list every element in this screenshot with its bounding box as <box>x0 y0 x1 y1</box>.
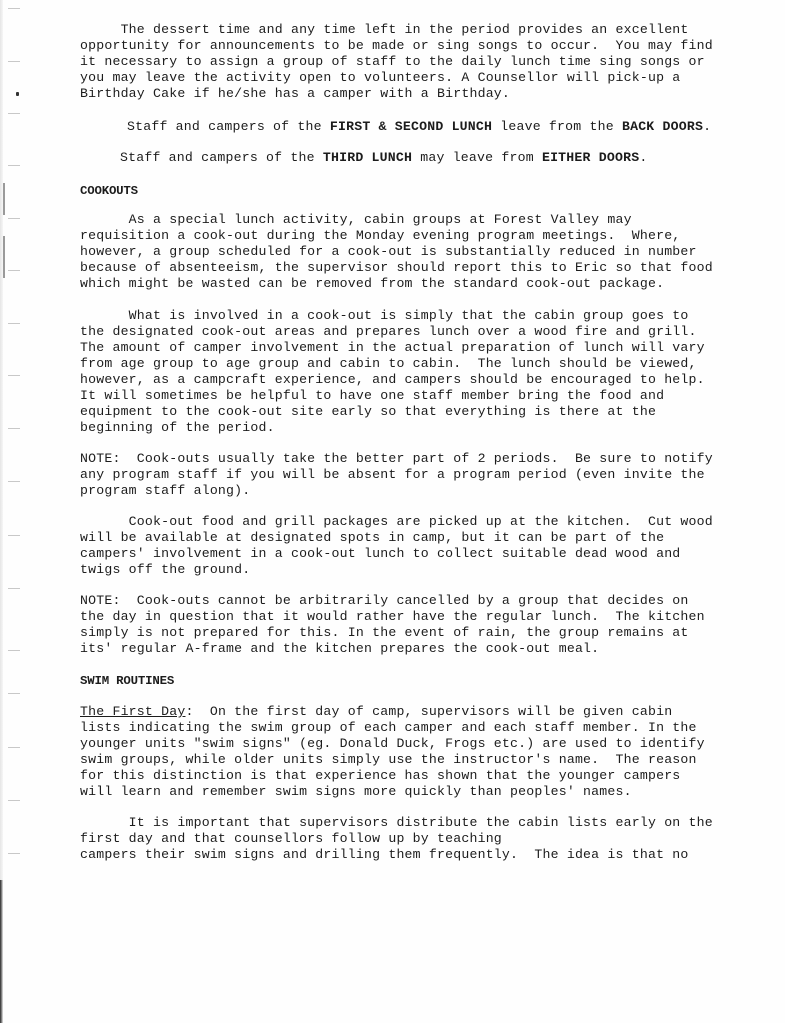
text-line: program staff along). <box>80 483 250 499</box>
scan-speck <box>16 92 19 96</box>
text-line: which might be wasted can be removed fro… <box>80 276 664 292</box>
text-span: : On the first day of camp, supervisors … <box>185 704 672 719</box>
text-line: lists indicating the swim group of each … <box>80 720 697 736</box>
page-left-edge-shadow <box>0 880 3 1023</box>
text-line: opportunity for announcements to be made… <box>80 38 713 54</box>
text-line: twigs off the ground. <box>80 562 250 578</box>
margin-tick <box>8 481 20 482</box>
exit-third-lunch: Staff and campers of the THIRD LUNCH may… <box>120 150 647 166</box>
text-line: its' regular A-frame and the kitchen pre… <box>80 641 599 657</box>
binder-mark <box>3 183 5 215</box>
text-span: may leave from <box>412 150 542 165</box>
margin-tick <box>8 270 20 271</box>
margin-tick <box>8 693 20 694</box>
text-line: however, as a campcraft experience, and … <box>80 372 705 388</box>
text-line: The amount of camper involvement in the … <box>80 340 705 356</box>
text-line: any program staff if you will be absent … <box>80 467 705 483</box>
margin-tick <box>8 650 20 651</box>
margin-tick <box>8 323 20 324</box>
text-line: swim groups, while older units simply us… <box>80 752 697 768</box>
text-span: . <box>703 119 711 134</box>
text-line: for this distinction is that experience … <box>80 768 680 784</box>
heading-swim-routines: SWIM ROUTINES <box>80 673 174 689</box>
door-emphasis: EITHER DOORS <box>542 150 639 165</box>
text-line: What is involved in a cook-out is simply… <box>80 308 689 324</box>
text-line: NOTE: Cook-outs cannot be arbitrarily ca… <box>80 593 689 609</box>
text-line: The dessert time and any time left in th… <box>80 22 689 38</box>
first-day-label: The First Day <box>80 704 185 719</box>
margin-tick <box>8 747 20 748</box>
margin-tick <box>8 853 20 854</box>
page-left-edge <box>0 0 3 1023</box>
margin-tick <box>8 8 20 9</box>
text-span: Staff and campers of the <box>120 150 323 165</box>
text-line: beginning of the period. <box>80 420 275 436</box>
text-line: the designated cook-out areas and prepar… <box>80 324 697 340</box>
margin-tick <box>8 800 20 801</box>
door-emphasis: BACK DOORS <box>622 119 703 134</box>
text-line: Cook-out food and grill packages are pic… <box>80 514 713 530</box>
text-line: however, a group scheduled for a cook-ou… <box>80 244 697 260</box>
text-line: campers their swim signs and drilling th… <box>80 847 689 863</box>
text-span: . <box>639 150 647 165</box>
text-line: from age group to age group and cabin to… <box>80 356 697 372</box>
text-line: requisition a cook-out during the Monday… <box>80 228 680 244</box>
heading-cookouts: COOKOUTS <box>80 183 138 199</box>
margin-tick <box>8 428 20 429</box>
text-line: younger units "swim signs" (eg. Donald D… <box>80 736 705 752</box>
text-line: will learn and remember swim signs more … <box>80 784 632 800</box>
text-line: It is important that supervisors distrib… <box>80 815 713 831</box>
text-line: first day and that counsellors follow up… <box>80 831 502 847</box>
text-line: campers' involvement in a cook-out lunch… <box>80 546 680 562</box>
binder-mark <box>3 236 5 278</box>
margin-tick <box>8 218 20 219</box>
margin-tick <box>8 535 20 536</box>
scanned-page: The dessert time and any time left in th… <box>0 0 785 1023</box>
exit-first-second-lunch: Staff and campers of the FIRST & SECOND … <box>127 119 711 135</box>
text-line: As a special lunch activity, cabin group… <box>80 212 632 228</box>
text-line: It will sometimes be helpful to have one… <box>80 388 664 404</box>
text-line: NOTE: Cook-outs usually take the better … <box>80 451 713 467</box>
margin-tick <box>8 588 20 589</box>
text-line: Birthday Cake if he/she has a camper wit… <box>80 86 510 102</box>
margin-tick <box>8 113 20 114</box>
text-line: equipment to the cook-out site early so … <box>80 404 656 420</box>
text-line: you may leave the activity open to volun… <box>80 70 680 86</box>
text-span: Staff and campers of the <box>127 119 330 134</box>
text-line: The First Day: On the first day of camp,… <box>80 704 672 720</box>
lunch-group-emphasis: THIRD LUNCH <box>323 150 412 165</box>
text-span: leave from the <box>492 119 622 134</box>
margin-tick <box>8 165 20 166</box>
lunch-group-emphasis: FIRST & SECOND LUNCH <box>330 119 492 134</box>
text-line: will be available at designated spots in… <box>80 530 664 546</box>
margin-tick <box>8 375 20 376</box>
margin-tick <box>8 61 20 62</box>
text-line: because of absenteeism, the supervisor s… <box>80 260 713 276</box>
text-line: the day in question that it would rather… <box>80 609 705 625</box>
text-line: it necessary to assign a group of staff … <box>80 54 705 70</box>
text-line: simply is not prepared for this. In the … <box>80 625 689 641</box>
